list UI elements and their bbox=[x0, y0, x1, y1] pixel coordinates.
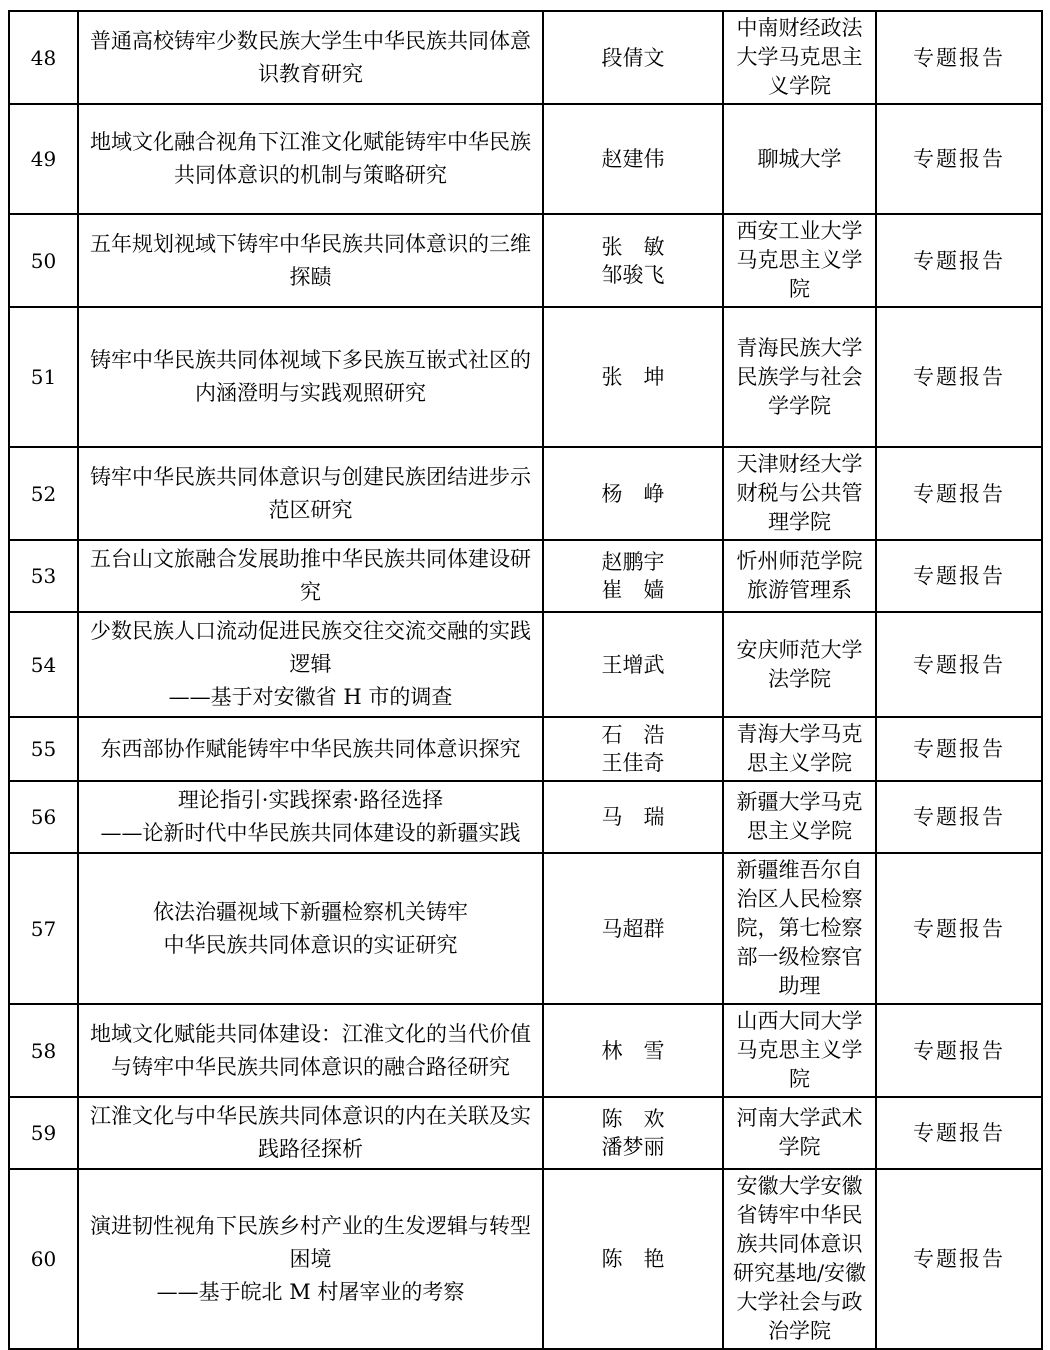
row-number: 53 bbox=[9, 540, 78, 612]
report-category: 专题报告 bbox=[876, 214, 1042, 307]
report-category: 专题报告 bbox=[876, 1169, 1042, 1349]
row-number: 51 bbox=[9, 307, 78, 447]
report-category: 专题报告 bbox=[876, 612, 1042, 717]
paper-affiliation: 新疆大学马克思主义学院 bbox=[723, 781, 876, 853]
table-row: 51 铸牢中华民族共同体视域下多民族互嵌式社区的内涵澄明与实践观照研究 张 坤 … bbox=[9, 307, 1042, 447]
paper-title: 五台山文旅融合发展助推中华民族共同体建设研究 bbox=[78, 540, 543, 612]
paper-affiliation: 天津财经大学财税与公共管理学院 bbox=[723, 447, 876, 540]
table-row: 60 演进韧性视角下民族乡村产业的生发逻辑与转型困境 ——基于皖北 M 村屠宰业… bbox=[9, 1169, 1042, 1349]
paper-affiliation: 安徽大学安徽省铸牢中华民族共同体意识研究基地/安徽大学社会与政治学院 bbox=[723, 1169, 876, 1349]
paper-title: 普通高校铸牢少数民族大学生中华民族共同体意识教育研究 bbox=[78, 11, 543, 104]
paper-authors: 王增武 bbox=[543, 612, 723, 717]
paper-affiliation: 山西大同大学马克思主义学院 bbox=[723, 1004, 876, 1097]
paper-affiliation: 安庆师范大学法学院 bbox=[723, 612, 876, 717]
paper-title: 演进韧性视角下民族乡村产业的生发逻辑与转型困境 ——基于皖北 M 村屠宰业的考察 bbox=[78, 1169, 543, 1349]
table-row: 55 东西部协作赋能铸牢中华民族共同体意识探究 石 浩 王佳奇 青海大学马克思主… bbox=[9, 717, 1042, 781]
table-row: 49 地域文化融合视角下江淮文化赋能铸牢中华民族共同体意识的机制与策略研究 赵建… bbox=[9, 104, 1042, 214]
paper-authors: 马超群 bbox=[543, 853, 723, 1004]
paper-title: 铸牢中华民族共同体视域下多民族互嵌式社区的内涵澄明与实践观照研究 bbox=[78, 307, 543, 447]
table-row: 58 地域文化赋能共同体建设：江淮文化的当代价值与铸牢中华民族共同体意识的融合路… bbox=[9, 1004, 1042, 1097]
row-number: 57 bbox=[9, 853, 78, 1004]
table-row: 57 依法治疆视域下新疆检察机关铸牢 中华民族共同体意识的实证研究 马超群 新疆… bbox=[9, 853, 1042, 1004]
row-number: 58 bbox=[9, 1004, 78, 1097]
row-number: 49 bbox=[9, 104, 78, 214]
row-number: 56 bbox=[9, 781, 78, 853]
row-number: 59 bbox=[9, 1097, 78, 1169]
table-row: 53 五台山文旅融合发展助推中华民族共同体建设研究 赵鹏宇 崔 嫱 忻州师范学院… bbox=[9, 540, 1042, 612]
paper-authors: 赵建伟 bbox=[543, 104, 723, 214]
paper-authors: 陈 艳 bbox=[543, 1169, 723, 1349]
table-row: 56 理论指引·实践探索·路径选择 ——论新时代中华民族共同体建设的新疆实践 马… bbox=[9, 781, 1042, 853]
paper-title: 东西部协作赋能铸牢中华民族共同体意识探究 bbox=[78, 717, 543, 781]
report-category: 专题报告 bbox=[876, 11, 1042, 104]
report-category: 专题报告 bbox=[876, 781, 1042, 853]
paper-authors: 段倩文 bbox=[543, 11, 723, 104]
paper-authors: 张 敏 邹骏飞 bbox=[543, 214, 723, 307]
papers-table-body: 48 普通高校铸牢少数民族大学生中华民族共同体意识教育研究 段倩文 中南财经政法… bbox=[9, 11, 1042, 1349]
paper-title: 依法治疆视域下新疆检察机关铸牢 中华民族共同体意识的实证研究 bbox=[78, 853, 543, 1004]
row-number: 52 bbox=[9, 447, 78, 540]
paper-authors: 杨 峥 bbox=[543, 447, 723, 540]
table-row: 59 江淮文化与中华民族共同体意识的内在关联及实践路径探析 陈 欢 潘梦丽 河南… bbox=[9, 1097, 1042, 1169]
paper-affiliation: 河南大学武术学院 bbox=[723, 1097, 876, 1169]
paper-affiliation: 青海民族大学民族学与社会学学院 bbox=[723, 307, 876, 447]
paper-title: 地域文化融合视角下江淮文化赋能铸牢中华民族共同体意识的机制与策略研究 bbox=[78, 104, 543, 214]
paper-title: 理论指引·实践探索·路径选择 ——论新时代中华民族共同体建设的新疆实践 bbox=[78, 781, 543, 853]
paper-authors: 赵鹏宇 崔 嫱 bbox=[543, 540, 723, 612]
paper-affiliation: 中南财经政法大学马克思主义学院 bbox=[723, 11, 876, 104]
paper-title: 铸牢中华民族共同体意识与创建民族团结进步示范区研究 bbox=[78, 447, 543, 540]
paper-affiliation: 聊城大学 bbox=[723, 104, 876, 214]
report-category: 专题报告 bbox=[876, 104, 1042, 214]
row-number: 54 bbox=[9, 612, 78, 717]
paper-authors: 石 浩 王佳奇 bbox=[543, 717, 723, 781]
row-number: 48 bbox=[9, 11, 78, 104]
paper-title: 地域文化赋能共同体建设：江淮文化的当代价值与铸牢中华民族共同体意识的融合路径研究 bbox=[78, 1004, 543, 1097]
table-row: 50 五年规划视域下铸牢中华民族共同体意识的三维探赜 张 敏 邹骏飞 西安工业大… bbox=[9, 214, 1042, 307]
report-category: 专题报告 bbox=[876, 447, 1042, 540]
papers-table: 48 普通高校铸牢少数民族大学生中华民族共同体意识教育研究 段倩文 中南财经政法… bbox=[8, 10, 1043, 1350]
report-category: 专题报告 bbox=[876, 307, 1042, 447]
paper-title: 少数民族人口流动促进民族交往交流交融的实践逻辑 ——基于对安徽省 H 市的调查 bbox=[78, 612, 543, 717]
document-page: 48 普通高校铸牢少数民族大学生中华民族共同体意识教育研究 段倩文 中南财经政法… bbox=[0, 0, 1050, 1223]
report-category: 专题报告 bbox=[876, 717, 1042, 781]
paper-authors: 林 雪 bbox=[543, 1004, 723, 1097]
row-number: 60 bbox=[9, 1169, 78, 1349]
table-row: 52 铸牢中华民族共同体意识与创建民族团结进步示范区研究 杨 峥 天津财经大学财… bbox=[9, 447, 1042, 540]
paper-affiliation: 新疆维吾尔自治区人民检察院，第七检察部一级检察官助理 bbox=[723, 853, 876, 1004]
paper-authors: 陈 欢 潘梦丽 bbox=[543, 1097, 723, 1169]
paper-affiliation: 青海大学马克思主义学院 bbox=[723, 717, 876, 781]
paper-title: 江淮文化与中华民族共同体意识的内在关联及实践路径探析 bbox=[78, 1097, 543, 1169]
paper-affiliation: 西安工业大学马克思主义学院 bbox=[723, 214, 876, 307]
report-category: 专题报告 bbox=[876, 1004, 1042, 1097]
row-number: 55 bbox=[9, 717, 78, 781]
paper-affiliation: 忻州师范学院旅游管理系 bbox=[723, 540, 876, 612]
report-category: 专题报告 bbox=[876, 1097, 1042, 1169]
report-category: 专题报告 bbox=[876, 853, 1042, 1004]
paper-authors: 张 坤 bbox=[543, 307, 723, 447]
paper-title: 五年规划视域下铸牢中华民族共同体意识的三维探赜 bbox=[78, 214, 543, 307]
paper-authors: 马 瑞 bbox=[543, 781, 723, 853]
report-category: 专题报告 bbox=[876, 540, 1042, 612]
row-number: 50 bbox=[9, 214, 78, 307]
table-row: 54 少数民族人口流动促进民族交往交流交融的实践逻辑 ——基于对安徽省 H 市的… bbox=[9, 612, 1042, 717]
table-row: 48 普通高校铸牢少数民族大学生中华民族共同体意识教育研究 段倩文 中南财经政法… bbox=[9, 11, 1042, 104]
